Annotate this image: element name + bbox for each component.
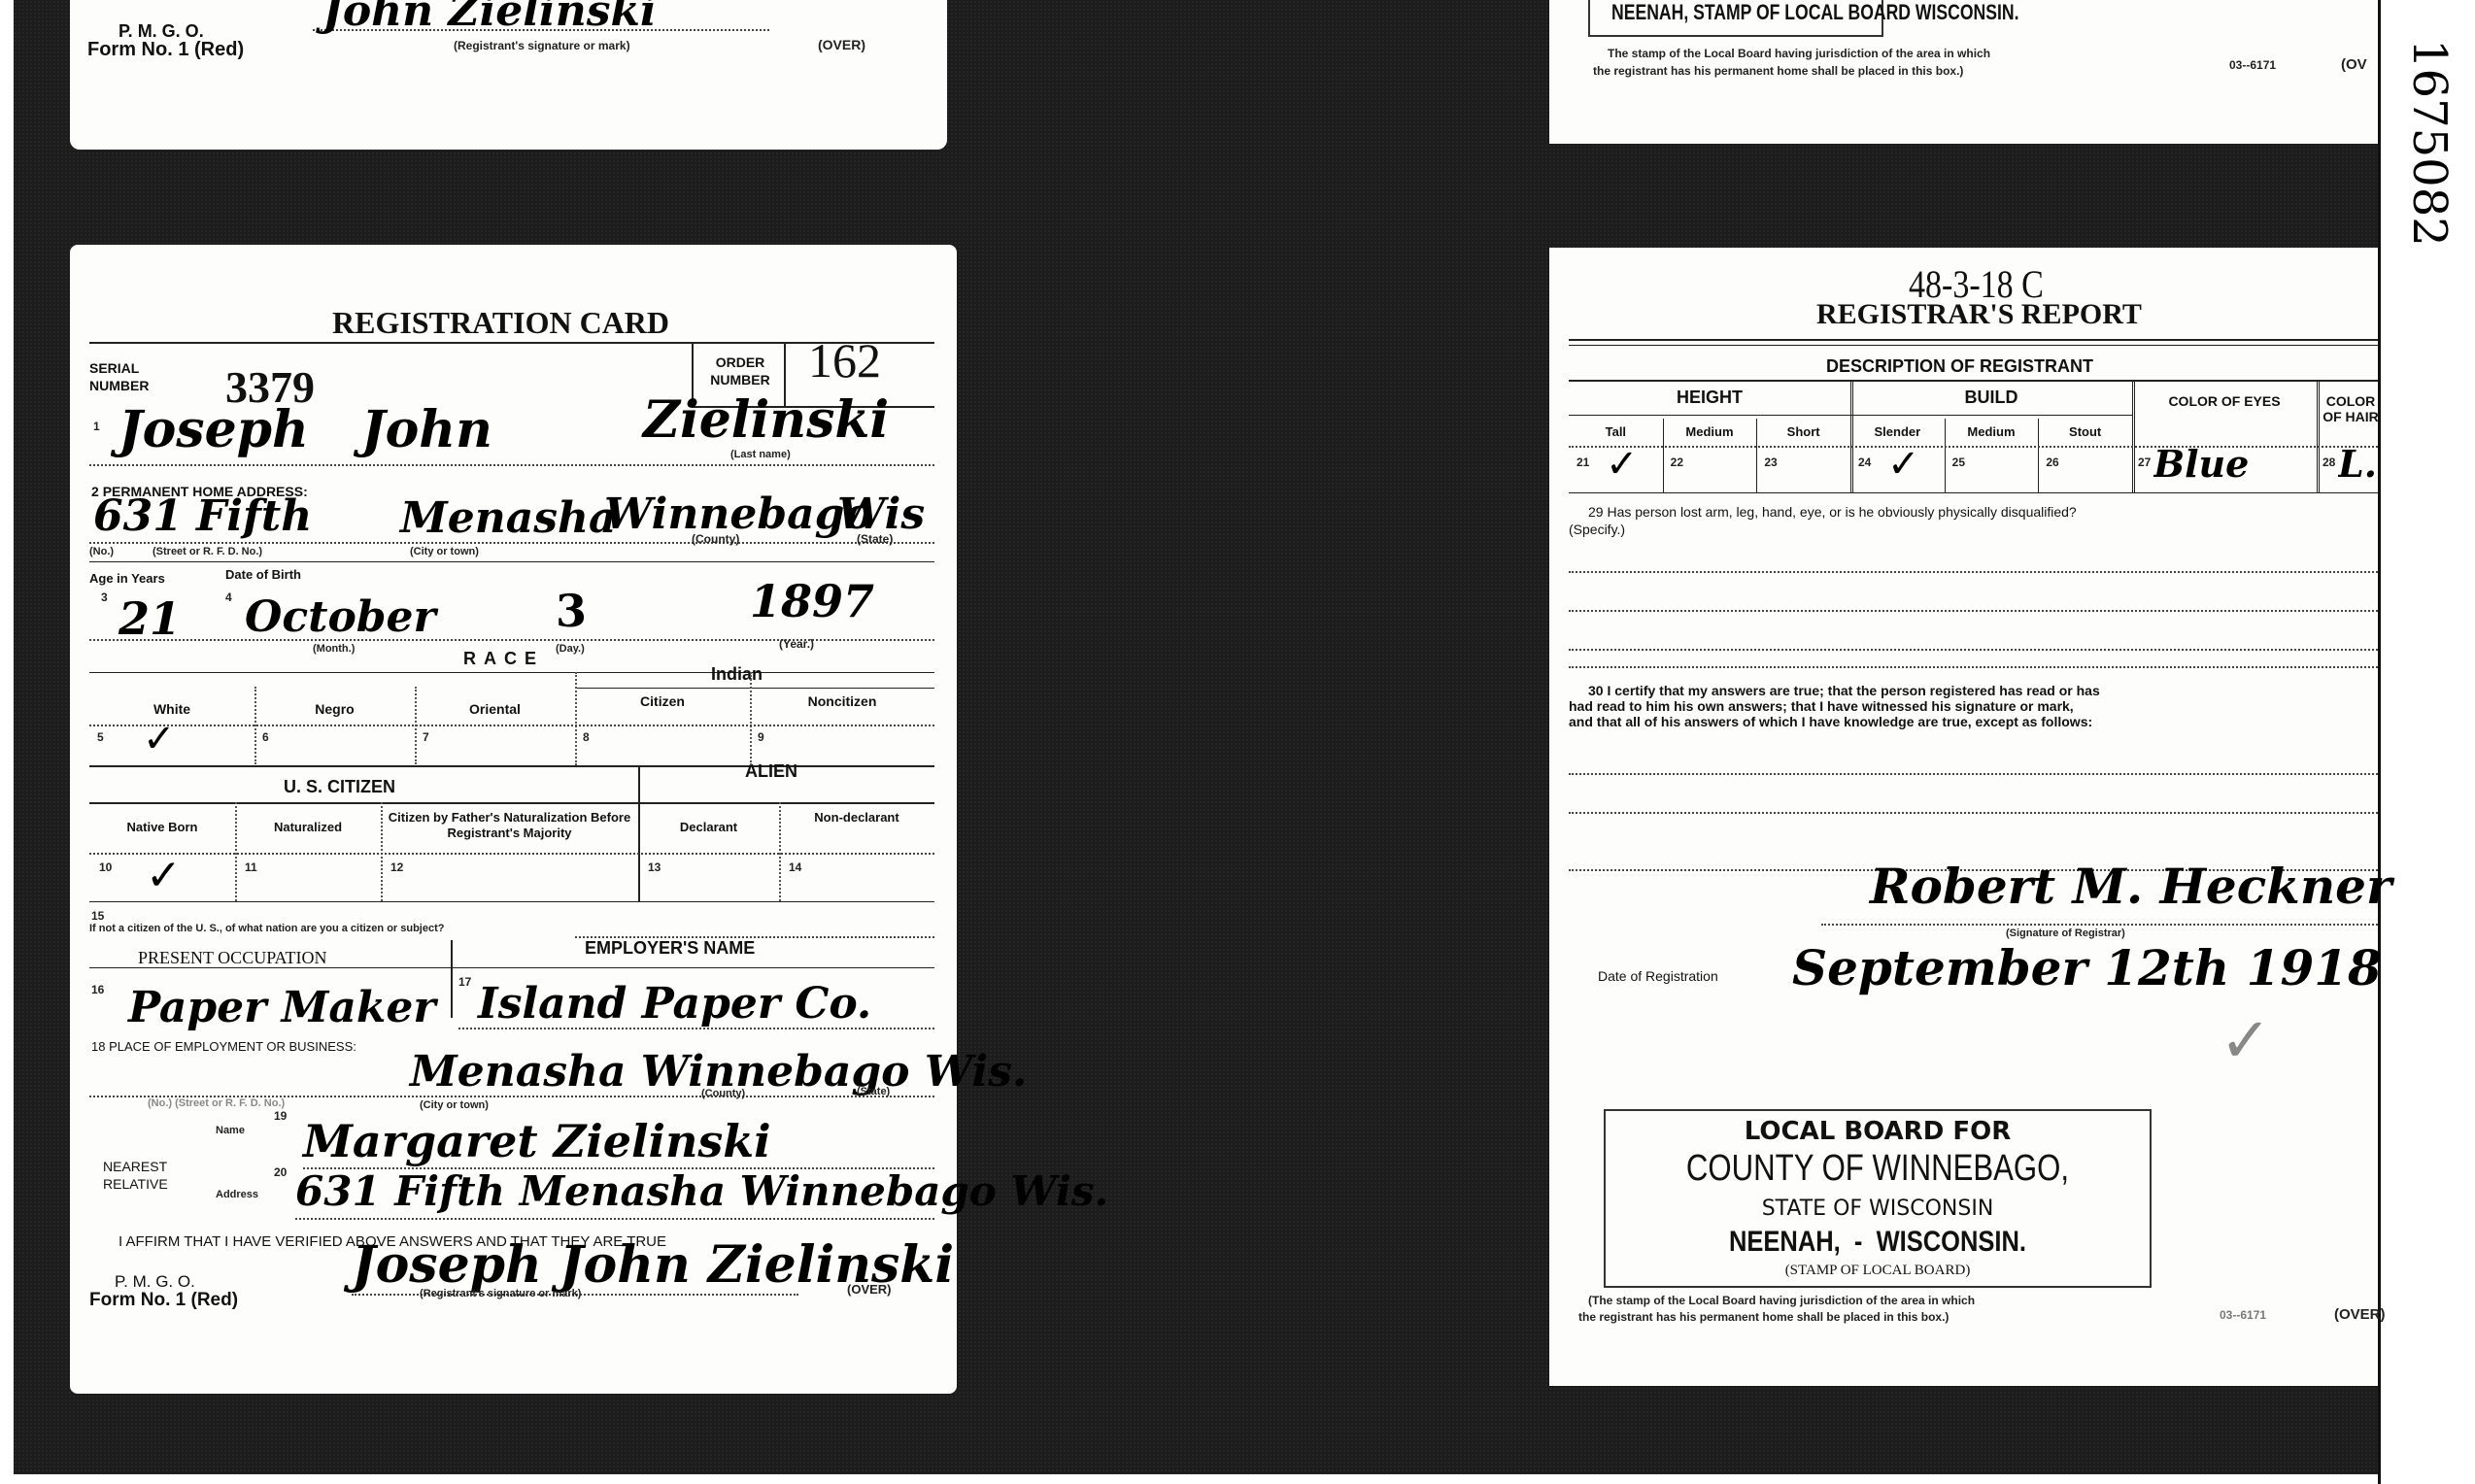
question-29-text: Has person lost arm, leg, hand, eye, or … (1607, 504, 2076, 520)
divider (89, 802, 934, 804)
form-number-label: Form No. 1 (Red) (87, 39, 244, 61)
citizenship-column-label: Naturalized (235, 820, 381, 835)
divider (1569, 446, 2378, 448)
field-number: 7 (423, 730, 429, 744)
divider (451, 940, 453, 1018)
stamp-instruction-1: The stamp of the Local Board having juri… (1608, 47, 1990, 60)
previous-card-fragment: P. M. G. O. Form No. 1 (Red) John Zielin… (70, 0, 947, 150)
order-number-label: ORDER NUMBER (701, 354, 779, 388)
age-label: Age in Years (89, 571, 165, 586)
field-label: 18 PLACE OF EMPLOYMENT OR BUSINESS: (91, 1039, 356, 1054)
hair-color-label: COLOR OF HAIR (2317, 393, 2385, 424)
employment-caption-street: (No.) (Street or R. F. D. No.) (148, 1097, 285, 1109)
address-number: 631 (93, 491, 183, 541)
address-line (89, 542, 934, 544)
right-margin-strip: 1675082 (2378, 0, 2475, 1484)
divider (2038, 419, 2039, 492)
height-column-label: Medium (1663, 424, 1757, 439)
last-name: Zielinski (643, 390, 889, 450)
race-column-label: Noncitizen (750, 693, 934, 709)
build-column-label: Medium (1945, 424, 2039, 439)
field-number: 11 (245, 860, 257, 874)
field-number: 1 (93, 420, 100, 433)
field-number: 6 (262, 730, 269, 744)
hair-color-value: L. Brown (2338, 442, 2387, 486)
name-line (89, 464, 934, 466)
field-number: 17 (458, 975, 471, 989)
field-number: 25 (1952, 455, 1965, 469)
employer-line (458, 1028, 934, 1029)
birth-day: 3 (556, 585, 587, 637)
relative-address: 631 Fifth Menasha Winnebago Wis. (295, 1167, 1108, 1215)
pmgo-label: P. M. G. O. (115, 1272, 195, 1292)
nation-question: If not a citizen of the U. S., of what n… (89, 923, 444, 934)
height-column-label: Tall (1569, 424, 1663, 439)
signature-caption: (Signature of Registrar) (2006, 927, 2125, 939)
form-number-label: Form No. 1 (Red) (89, 1290, 238, 1311)
field-number: 30 (1588, 683, 1604, 698)
divider (89, 672, 934, 673)
citizenship-column-label: Citizen by Father's Naturalization Befor… (381, 810, 638, 841)
eyes-color-value: Blue (2153, 442, 2249, 486)
field-number: 19 (274, 1109, 287, 1123)
divider (1756, 419, 1757, 492)
signature-caption: (Registrant's signature or mark) (454, 39, 630, 52)
question-30-text: I certify that my answers are true; that… (1607, 683, 2099, 698)
build-header: BUILD (1850, 388, 2132, 408)
field-number: 9 (758, 730, 764, 744)
stamp-text: NEENAH, STAMP OF LOCAL BOARD WISCONSIN. (1611, 0, 2018, 25)
previous-report-fragment: NEENAH, STAMP OF LOCAL BOARD WISCONSIN. … (1549, 0, 2378, 144)
form-code: 03--6171 (2220, 1308, 2266, 1322)
nearest-relative-label: NEAREST RELATIVE (103, 1158, 181, 1193)
citizenship-column-label: Native Born (89, 820, 235, 835)
side-reference-number: 1675082 (2402, 39, 2457, 247)
checkmark-icon: ✓ (1887, 442, 1920, 487)
field-number: 28 (2322, 455, 2335, 469)
build-column-label: Stout (2038, 424, 2132, 439)
race-column-label: Negro (254, 701, 415, 717)
eyes-color-label: COLOR OF EYES (2132, 393, 2317, 409)
divider (1569, 339, 2378, 341)
date-of-registration-label: Date of Registration (1598, 968, 1718, 984)
field-number: 4 (225, 590, 232, 604)
stamp-box: NEENAH, STAMP OF LOCAL BOARD WISCONSIN. (1588, 0, 1883, 37)
field-number: 26 (2046, 455, 2058, 469)
field-number: 3 (101, 590, 108, 604)
field-number: 10 (99, 860, 112, 874)
answer-line (1569, 571, 2378, 573)
report-title: REGISTRAR'S REPORT (1816, 298, 2142, 331)
date-of-registration-value: September 12th 1918 (1792, 939, 2382, 996)
checkmark-icon: ✓ (143, 717, 176, 761)
relative-address-label: Address (216, 1189, 258, 1200)
divider (575, 672, 577, 765)
over-label: (OVER) (2334, 1306, 2386, 1323)
alien-header: ALIEN (745, 761, 797, 782)
specify-label: (Specify.) (1569, 522, 1625, 537)
divider (1945, 419, 1946, 492)
occupation-header: PRESENT OCCUPATION (138, 948, 327, 968)
divider (235, 802, 237, 901)
divider (1569, 415, 2132, 416)
stamp-line-4: NEENAH, - WISCONSIN. (1646, 1226, 2109, 1259)
description-header: DESCRIPTION OF REGISTRANT (1826, 356, 2093, 377)
race-column-label: Citizen (575, 693, 750, 709)
first-name: Joseph (119, 400, 309, 459)
field-number: 8 (583, 730, 590, 744)
birth-label: Date of Birth (225, 567, 301, 582)
field-number: 29 (1588, 504, 1604, 520)
divider (779, 802, 781, 901)
field-number: 14 (789, 860, 801, 874)
field-number: 27 (2138, 455, 2151, 469)
divider (89, 561, 934, 562)
address-city: Menasha (400, 493, 616, 543)
stamp-line-5: (STAMP OF LOCAL BOARD) (1606, 1263, 2150, 1279)
employment-caption-state: (State) (857, 1086, 890, 1097)
address-caption-street: (Street or R. F. D. No.) (153, 546, 262, 557)
divider (89, 725, 934, 726)
question-30-line-1: 30 I certify that my answers are true; t… (1588, 683, 2100, 698)
divider (750, 672, 752, 765)
answer-line (1569, 812, 2378, 814)
field-number: 12 (390, 860, 403, 874)
relative-name-label: Name (216, 1125, 245, 1136)
age-value: 21 (119, 592, 181, 645)
checkmark-icon: ✓ (146, 851, 182, 900)
field-number: 18 (91, 1039, 105, 1054)
field-number: 15 (91, 909, 104, 923)
divider (381, 802, 383, 901)
answer-line (1569, 773, 2378, 775)
registrar-signature: Robert M. Heckner (1870, 858, 2391, 915)
field-number: 5 (97, 730, 104, 744)
address-caption-no: (No.) (89, 546, 114, 557)
divider (89, 853, 934, 855)
divider (89, 967, 934, 968)
question-29: 29 Has person lost arm, leg, hand, eye, … (1588, 504, 2077, 520)
stamp-instruction-2: the registrant has his permanent home sh… (1578, 1310, 1949, 1324)
answer-line (1569, 649, 2378, 651)
divider (1569, 345, 2378, 346)
divider (89, 765, 934, 767)
local-board-stamp: LOCAL BOARD FOR COUNTY OF WINNEBAGO, STA… (1604, 1109, 2152, 1288)
registrars-report: 48-3-18 C REGISTRAR'S REPORT DESCRIPTION… (1549, 248, 2378, 1386)
month-caption: (Month.) (313, 643, 355, 655)
field-number: 20 (274, 1165, 287, 1179)
verification-check-icon: ✓ (2220, 1005, 2272, 1077)
divider (1663, 419, 1664, 492)
build-column-label: Slender (1850, 424, 1945, 439)
field-number: 22 (1671, 455, 1683, 469)
divider (89, 901, 934, 902)
over-label: (OV (2341, 56, 2367, 73)
last-name-caption: (Last name) (730, 449, 791, 460)
stamp-instruction-1: (The stamp of the Local Board having jur… (1588, 1294, 1975, 1307)
race-header: RACE (463, 649, 544, 669)
address-caption-county: (County) (692, 532, 739, 546)
field-number: 24 (1858, 455, 1871, 469)
day-caption: (Day.) (556, 643, 585, 655)
us-citizen-header: U. S. CITIZEN (284, 777, 395, 797)
field-number: 13 (648, 860, 661, 874)
field-number: 23 (1764, 455, 1777, 469)
checkmark-icon: ✓ (1606, 442, 1639, 487)
height-header: HEIGHT (1569, 388, 1850, 408)
divider (575, 688, 934, 689)
serial-number-label: SERIAL NUMBER (89, 359, 167, 394)
relative-address-line (295, 1218, 934, 1220)
stamp-line-3: STATE OF WISCONSIN (1606, 1197, 2150, 1221)
card-title: REGISTRATION CARD (332, 305, 669, 341)
relative-name: Margaret Zielinski (303, 1115, 771, 1167)
order-number: 162 (808, 332, 881, 388)
registration-card: REGISTRATION CARD SERIAL NUMBER 3379 ORD… (70, 245, 957, 1394)
address-street: Fifth (196, 491, 312, 541)
race-column-label: White (89, 701, 254, 717)
citizenship-column-label: Declarant (638, 820, 779, 835)
divider (1569, 492, 2378, 493)
birth-month: October (245, 592, 436, 642)
employer-value: Island Paper Co. (478, 979, 871, 1029)
field-number: 21 (1577, 455, 1589, 469)
signature-caption: (Registrant's signature or mark) (420, 1288, 581, 1299)
employer-header: EMPLOYER'S NAME (585, 938, 755, 959)
employment-caption-city: (City or town) (420, 1099, 489, 1111)
question-30-line-3: and that all of his answers of which I h… (1569, 714, 2092, 729)
address-caption-state: (State) (857, 532, 893, 546)
stamp-instruction-2: the registrant has his permanent home sh… (1593, 64, 1963, 78)
address-caption-city: (City or town) (410, 546, 479, 557)
over-label: (OVER) (818, 37, 865, 52)
divider (1850, 380, 1853, 492)
place-of-employment-label: PLACE OF EMPLOYMENT OR BUSINESS: (109, 1039, 356, 1054)
form-code: 03--6171 (2229, 58, 2276, 72)
middle-name: John (361, 400, 492, 459)
indian-header: Indian (711, 664, 763, 685)
divider (1569, 380, 2378, 382)
occupation-value: Paper Maker (128, 983, 436, 1032)
race-column-label: Oriental (415, 701, 575, 717)
over-label: (OVER) (847, 1282, 892, 1297)
answer-line (1569, 610, 2378, 612)
signature-line (1821, 924, 2378, 926)
field-number: 16 (91, 983, 104, 996)
year-caption: (Year.) (779, 637, 814, 651)
registrant-signature: John Zielinski (322, 0, 657, 36)
answer-line (1569, 666, 2378, 668)
stamp-line-1: LOCAL BOARD FOR (1606, 1117, 2150, 1146)
question-30-line-2: had read to him his own answers; that I … (1569, 698, 2074, 714)
employment-caption-county: (County) (701, 1088, 745, 1099)
citizenship-column-label: Non-declarant (779, 810, 934, 826)
stamp-line-2: COUNTY OF WINNEBAGO, (1654, 1148, 2100, 1190)
height-column-label: Short (1756, 424, 1850, 439)
birth-year: 1897 (750, 575, 874, 627)
